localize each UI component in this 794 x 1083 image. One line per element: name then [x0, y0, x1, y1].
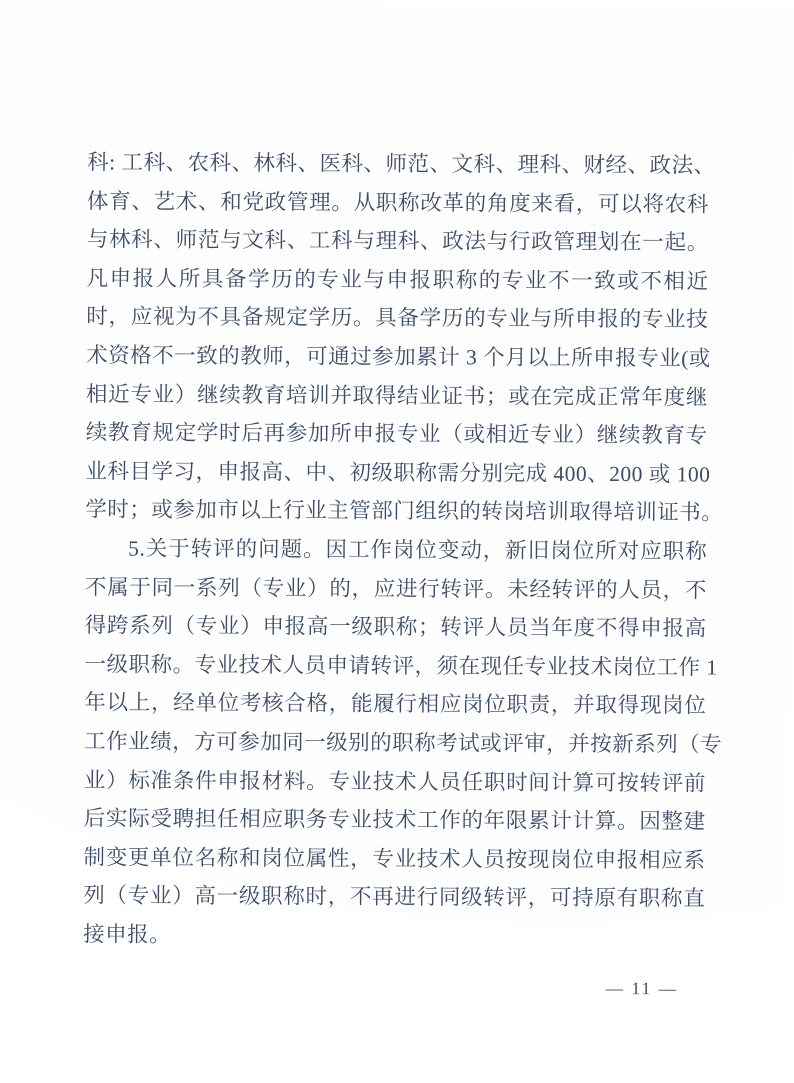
document-body: 科: 工科、农科、林科、医科、师范、文科、理科、财经、政法、体育、艺术、和党政管… [83, 143, 709, 957]
text-line: 列（专业）高一级职称时，不再进行同级转评，可持原有职称直 [83, 877, 705, 919]
paragraph: 5.关于转评的问题。因工作岗位变动，新旧岗位所对应职称不属于同一系列（专业）的，… [83, 529, 707, 957]
text-line: 后实际受聘担任相应职务专业技术工作的年限累计计算。因整建 [84, 799, 706, 841]
text-line: 时，应视为不具备规定学历。具备学历的专业与所申报的专业技 [86, 298, 708, 340]
text-line: 5.关于转评的问题。因工作岗位变动，新旧岗位所对应职称 [85, 529, 707, 571]
text-line: 不属于同一系列（专业）的，应进行转评。未经转评的人员，不 [85, 568, 707, 610]
text-line: 续教育规定学时后再参加所申报专业（或相近专业）继续教育专 [86, 413, 708, 455]
text-line: 得跨系列（专业）申报高一级职称；转评人员当年度不得申报高 [85, 606, 707, 648]
page-number: — 11 — [587, 978, 697, 1000]
text-line: 制变更单位名称和岗位属性，专业技术人员按现岗位申报相应系 [83, 838, 705, 880]
text-line: 相近专业）继续教育培训并取得结业证书；或在完成正常年度继 [86, 375, 708, 417]
text-line: 年以上，经单位考核合格，能履行相应岗位职责，并取得现岗位 [84, 684, 706, 726]
text-line: 业科目学习，申报高、中、初级职称需分别完成 400、200 或 100 [85, 452, 707, 494]
text-line: 一级职称。专业技术人员申请转评，须在现任专业技术岗位工作 1 [84, 645, 706, 687]
text-line: 体育、艺术、和党政管理。从职称改革的角度来看，可以将农科 [87, 182, 709, 224]
text-line: 术资格不一致的教师，可通过参加累计 3 个月以上所申报专业(或 [86, 336, 708, 378]
paragraph: 科: 工科、农科、林科、医科、师范、文科、理科、财经、政法、体育、艺术、和党政管… [85, 143, 709, 532]
text-line: 与林科、师范与文科、工科与理科、政法与行政管理划在一起。 [87, 220, 709, 262]
text-line: 凡申报人所具备学历的专业与申报职称的专业不一致或不相近 [86, 259, 708, 301]
text-line: 科: 工科、农科、林科、医科、师范、文科、理科、财经、政法、 [87, 143, 709, 185]
document-page: 科: 工科、农科、林科、医科、师范、文科、理科、财经、政法、体育、艺术、和党政管… [0, 0, 794, 1083]
text-line: 学时；或参加市以上行业主管部门组织的转岗培训取得培训证书。 [85, 491, 707, 533]
text-line: 工作业绩，方可参加同一级别的职称考试或评审，并按新系列（专 [84, 722, 706, 764]
text-line: 接申报。 [83, 915, 705, 957]
text-line: 业）标准条件申报材料。专业技术人员任职时间计算可按转评前 [84, 761, 706, 803]
